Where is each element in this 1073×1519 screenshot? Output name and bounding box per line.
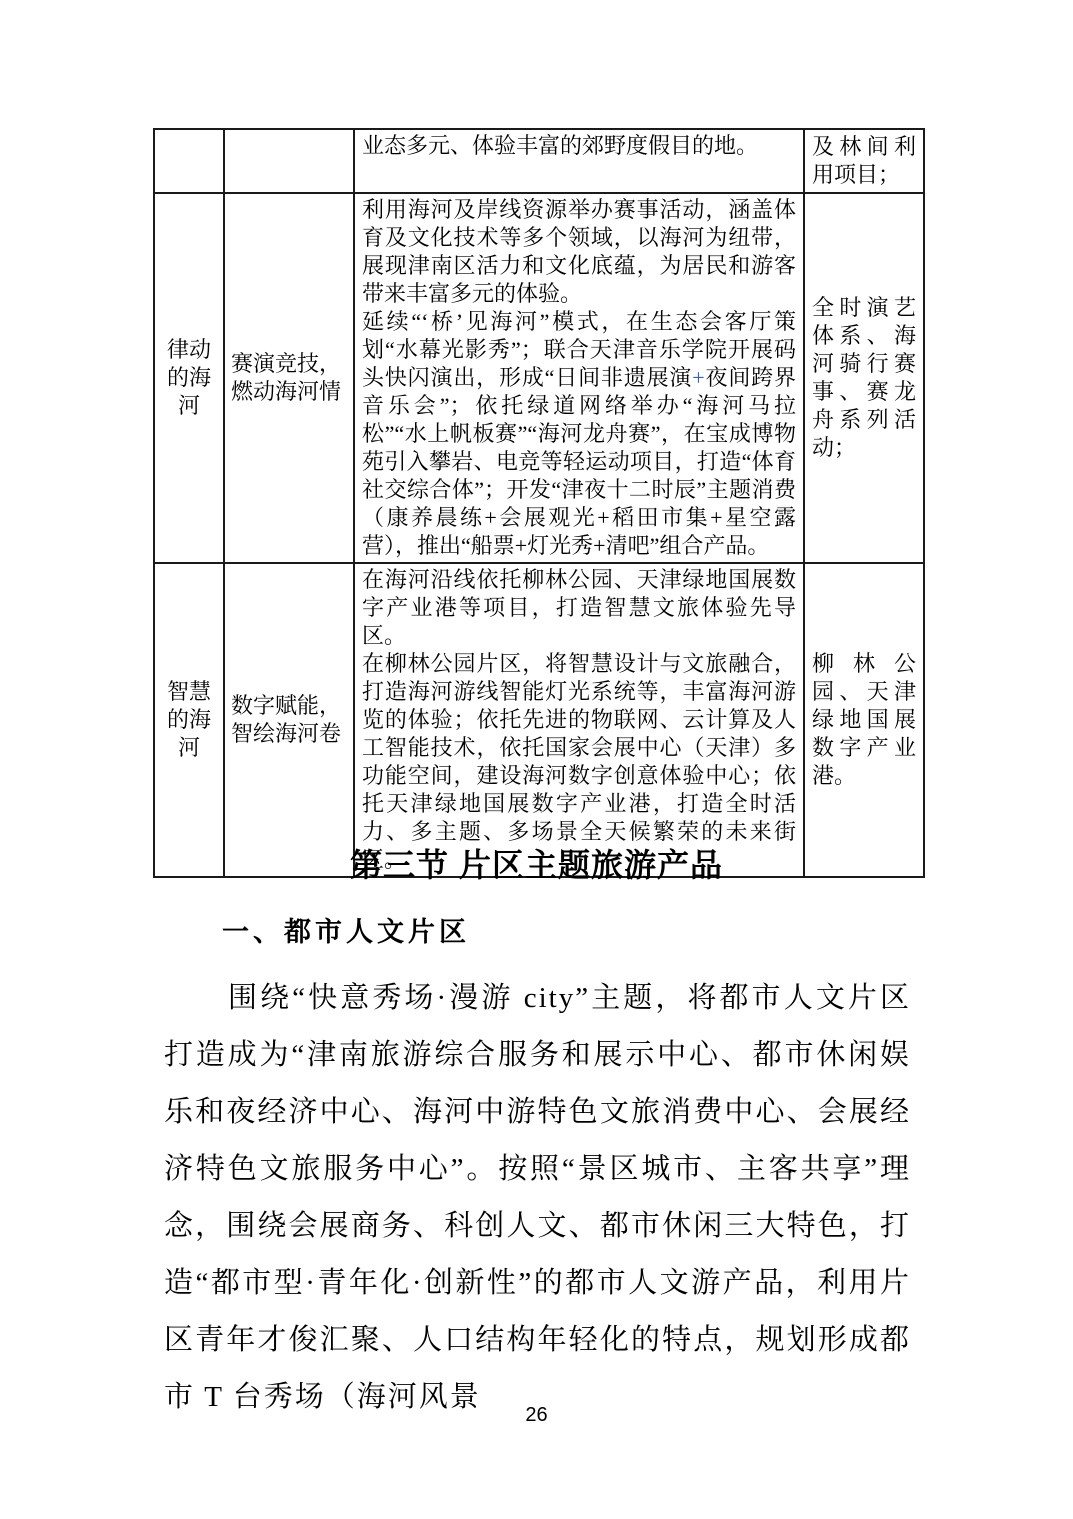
cell-theme-rhythm: 律动的海河 (154, 193, 224, 563)
body-paragraph: 围绕“快意秀场·漫游 city”主题，将都市人文片区打造成为“津南旅游综合服务和… (164, 970, 911, 1426)
cell-theme-smart: 智慧的海河 (154, 563, 224, 877)
cell-note-smart: 柳林公园、天津绿地国展数字产业港。 (804, 563, 924, 877)
cell-paragraph: 在柳林公园片区，将智慧设计与文旅融合，打造海河游线智能灯光系统等，丰富海河游览的… (362, 650, 796, 874)
document-page: 业态多元、体验丰富的郊野度假目的地。 及林间利用项目； 律动的海河 赛演竞技，燃… (0, 0, 1073, 1519)
text-segment: 夜间跨界音乐会”；依托绿道网络举办“海河马拉松”“水上帆板赛”“海河龙舟赛”，在… (362, 365, 796, 558)
table-row-continued: 业态多元、体验丰富的郊野度假目的地。 及林间利用项目； (154, 129, 924, 193)
table-row-rhythm-haihe: 律动的海河 赛演竞技，燃动海河情 利用海河及岸线资源举办赛事活动，涵盖体育及文化… (154, 193, 924, 563)
cell-slogan-empty (224, 129, 354, 193)
cell-theme-empty (154, 129, 224, 193)
cell-paragraph: 延续“‘桥’见海河”模式，在生态会客厅策划“水幕光影秀”；联合天津音乐学院开展码… (362, 308, 796, 560)
cell-slogan-rhythm: 赛演竞技，燃动海河情 (224, 193, 354, 563)
subsection-heading: 一、都市人文片区 (222, 916, 470, 948)
cell-slogan-smart: 数字赋能，智绘海河卷 (224, 563, 354, 877)
haihe-theme-table: 业态多元、体验丰富的郊野度假目的地。 及林间利用项目； 律动的海河 赛演竞技，燃… (153, 128, 925, 878)
cell-paragraph: 在海河沿线依托柳林公园、天津绿地国展数字产业港等项目，打造智慧文旅体验先导区。 (362, 566, 796, 650)
cell-paragraph: 柳林公园、天津绿地国展数字产业港。 (812, 650, 916, 790)
cell-note-rhythm: 全时演艺体系、海河骑行赛事、赛龙舟系列活动； (804, 193, 924, 563)
cell-paragraph: 利用海河及岸线资源举办赛事活动，涵盖体育及文化技术等多个领域，以海河为纽带，展现… (362, 196, 796, 308)
cell-paragraph: 全时演艺体系、海河骑行赛事、赛龙舟系列活动； (812, 294, 916, 462)
cell-note-continued: 及林间利用项目； (804, 129, 924, 193)
cell-description-continued: 业态多元、体验丰富的郊野度假目的地。 (354, 129, 804, 193)
section-heading: 第三节 片区主题旅游产品 (0, 846, 1073, 884)
cell-description-rhythm: 利用海河及岸线资源举办赛事活动，涵盖体育及文化技术等多个领域，以海河为纽带，展现… (354, 193, 804, 563)
table-row-smart-haihe: 智慧的海河 数字赋能，智绘海河卷 在海河沿线依托柳林公园、天津绿地国展数字产业港… (154, 563, 924, 877)
page-number: 26 (0, 1404, 1073, 1427)
cell-paragraph: 业态多元、体验丰富的郊野度假目的地。 (362, 132, 796, 160)
blue-plus-sign: + (692, 365, 704, 390)
cell-paragraph: 及林间利用项目； (812, 133, 916, 189)
cell-description-smart: 在海河沿线依托柳林公园、天津绿地国展数字产业港等项目，打造智慧文旅体验先导区。 … (354, 563, 804, 877)
